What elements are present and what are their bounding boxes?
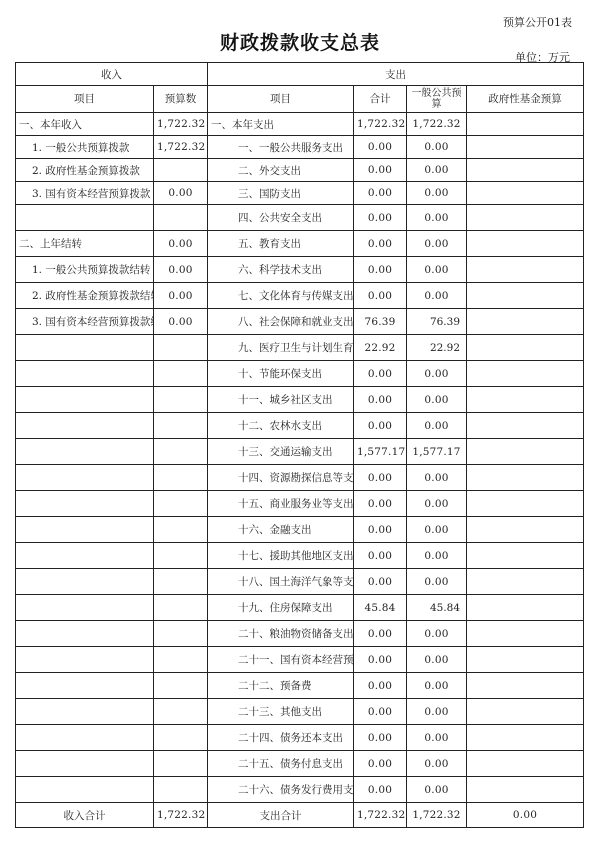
income-item-cell: 二、上年结转 <box>16 231 154 257</box>
income-total-label: 收入合计 <box>16 803 154 828</box>
expense-total-cell: 0.00 <box>354 517 407 543</box>
expense-fund-cell <box>467 725 584 751</box>
table-row: 十五、商业服务业等支出0.000.00 <box>16 491 584 517</box>
expense-fund-cell <box>467 673 584 699</box>
income-budget-cell <box>154 569 208 595</box>
income-item-cell <box>16 491 154 517</box>
col-income-item: 项目 <box>16 86 154 113</box>
expense-total-cell: 0.00 <box>354 257 407 283</box>
table-row: 二十、粮油物资储备支出0.000.00 <box>16 621 584 647</box>
income-budget-cell <box>154 777 208 803</box>
income-budget-cell: 1,722.32 <box>154 136 208 159</box>
income-item-cell: 1. 一般公共预算拨款结转 <box>16 257 154 283</box>
expense-general-cell: 0.00 <box>407 517 467 543</box>
income-item-cell <box>16 595 154 621</box>
expense-fund-cell <box>467 569 584 595</box>
expense-general-cell: 0.00 <box>407 257 467 283</box>
income-item-cell <box>16 751 154 777</box>
expense-total-cell: 0.00 <box>354 361 407 387</box>
column-header-row: 项目 预算数 项目 合计 一般公共预算 政府性基金预算 <box>16 86 584 113</box>
expense-item-cell: 三、国防支出 <box>208 182 354 205</box>
expense-item-cell: 七、文化体育与传媒支出 <box>208 283 354 309</box>
expense-fund-cell <box>467 465 584 491</box>
expense-item-cell: 十六、金融支出 <box>208 517 354 543</box>
col-income-budget: 预算数 <box>154 86 208 113</box>
expense-total-cell: 0.00 <box>354 543 407 569</box>
expense-fund-cell <box>467 113 584 136</box>
table-row: 二十三、其他支出0.000.00 <box>16 699 584 725</box>
expense-item-cell: 十八、国土海洋气象等支出 <box>208 569 354 595</box>
expense-general-cell: 0.00 <box>407 751 467 777</box>
expense-fund-cell <box>467 413 584 439</box>
income-item-cell: 一、本年收入 <box>16 113 154 136</box>
expense-item-cell: 九、医疗卫生与计划生育支出 <box>208 335 354 361</box>
income-budget-cell: 1,722.32 <box>154 113 208 136</box>
expense-fund-cell <box>467 699 584 725</box>
income-item-cell <box>16 621 154 647</box>
expense-general-cell: 45.84 <box>407 595 467 621</box>
table-row: 1. 一般公共预算拨款1,722.32一、一般公共服务支出0.000.00 <box>16 136 584 159</box>
expense-total-cell: 0.00 <box>354 699 407 725</box>
expense-fund-cell <box>467 309 584 335</box>
table-row: 十一、城乡社区支出0.000.00 <box>16 387 584 413</box>
income-item-cell <box>16 673 154 699</box>
expense-total-cell: 0.00 <box>354 647 407 673</box>
table-row: 二十一、国有资本经营预算支出0.000.00 <box>16 647 584 673</box>
table-row: 二十六、债务发行费用支出0.000.00 <box>16 777 584 803</box>
income-total-value: 1,722.32 <box>154 803 208 828</box>
table-row: 十二、农林水支出0.000.00 <box>16 413 584 439</box>
income-item-cell <box>16 777 154 803</box>
expense-fund-cell <box>467 595 584 621</box>
table-row: 二、上年结转0.00五、教育支出0.000.00 <box>16 231 584 257</box>
expense-total-cell: 0.00 <box>354 205 407 231</box>
expense-item-cell: 十三、交通运输支出 <box>208 439 354 465</box>
income-item-cell: 1. 一般公共预算拨款 <box>16 136 154 159</box>
expense-total-cell: 1,722.32 <box>354 113 407 136</box>
table-row: 2. 政府性基金预算拨款二、外交支出0.000.00 <box>16 159 584 182</box>
expense-total-cell: 0.00 <box>354 136 407 159</box>
expense-general-cell: 0.00 <box>407 725 467 751</box>
expense-fund-cell <box>467 159 584 182</box>
col-expense-total: 合计 <box>354 86 407 113</box>
expense-general-cell: 0.00 <box>407 777 467 803</box>
expense-general-cell: 76.39 <box>407 309 467 335</box>
income-item-cell <box>16 725 154 751</box>
expense-general-cell: 0.00 <box>407 283 467 309</box>
income-budget-cell <box>154 595 208 621</box>
expense-item-cell: 十五、商业服务业等支出 <box>208 491 354 517</box>
expense-fund-cell <box>467 621 584 647</box>
income-group-header: 收入 <box>16 63 208 86</box>
table-row: 3. 国有资本经营预算拨款结转0.00八、社会保障和就业支出76.3976.39 <box>16 309 584 335</box>
expense-fund-cell <box>467 231 584 257</box>
income-budget-cell <box>154 387 208 413</box>
expense-total-cell: 0.00 <box>354 465 407 491</box>
table-row: 3. 国有资本经营预算拨款0.00三、国防支出0.000.00 <box>16 182 584 205</box>
table-row: 十、节能环保支出0.000.00 <box>16 361 584 387</box>
expense-general-cell: 0.00 <box>407 673 467 699</box>
expense-fund-cell <box>467 439 584 465</box>
expense-general-cell: 0.00 <box>407 205 467 231</box>
expense-total-cell: 0.00 <box>354 751 407 777</box>
expense-general-cell: 0.00 <box>407 699 467 725</box>
group-header-row: 收入 支出 <box>16 63 584 86</box>
expense-fund-cell <box>467 335 584 361</box>
income-item-cell <box>16 543 154 569</box>
income-budget-cell <box>154 413 208 439</box>
income-budget-cell <box>154 361 208 387</box>
income-item-cell <box>16 465 154 491</box>
income-budget-cell <box>154 205 208 231</box>
expense-fund-cell <box>467 751 584 777</box>
income-budget-cell <box>154 621 208 647</box>
expense-fund-cell <box>467 517 584 543</box>
expense-total-cell: 0.00 <box>354 387 407 413</box>
expense-total-cell: 45.84 <box>354 595 407 621</box>
income-budget-cell <box>154 673 208 699</box>
table-row: 十六、金融支出0.000.00 <box>16 517 584 543</box>
expense-general-cell: 0.00 <box>407 182 467 205</box>
table-row: 一、本年收入1,722.32一、本年支出1,722.321,722.32 <box>16 113 584 136</box>
expense-item-cell: 六、科学技术支出 <box>208 257 354 283</box>
income-item-cell <box>16 517 154 543</box>
income-budget-cell: 0.00 <box>154 231 208 257</box>
table-row: 二十四、债务还本支出0.000.00 <box>16 725 584 751</box>
income-item-cell <box>16 647 154 673</box>
expense-total-value: 1,722.32 <box>354 803 407 828</box>
expense-item-cell: 二十二、预备费 <box>208 673 354 699</box>
expense-item-cell: 二十六、债务发行费用支出 <box>208 777 354 803</box>
table-row: 二十二、预备费0.000.00 <box>16 673 584 699</box>
expense-total-cell: 0.00 <box>354 673 407 699</box>
expense-item-cell: 五、教育支出 <box>208 231 354 257</box>
expense-general-cell: 0.00 <box>407 159 467 182</box>
expense-total-cell: 0.00 <box>354 231 407 257</box>
income-item-cell <box>16 335 154 361</box>
expense-item-cell: 一、本年支出 <box>208 113 354 136</box>
table-row: 九、医疗卫生与计划生育支出22.9222.92 <box>16 335 584 361</box>
expense-fund-cell <box>467 647 584 673</box>
expense-group-header: 支出 <box>208 63 584 86</box>
expense-general-cell: 0.00 <box>407 491 467 517</box>
expense-item-cell: 八、社会保障和就业支出 <box>208 309 354 335</box>
expense-item-cell: 十一、城乡社区支出 <box>208 387 354 413</box>
expense-item-cell: 二十、粮油物资储备支出 <box>208 621 354 647</box>
income-item-cell <box>16 569 154 595</box>
expense-fund-cell <box>467 205 584 231</box>
expense-item-cell: 二十一、国有资本经营预算支出 <box>208 647 354 673</box>
expense-fund-cell <box>467 491 584 517</box>
income-item-cell <box>16 413 154 439</box>
income-budget-cell <box>154 465 208 491</box>
budget-table: 收入 支出 项目 预算数 项目 合计 一般公共预算 政府性基金预算 一、本年收入… <box>15 62 584 828</box>
income-item-cell <box>16 699 154 725</box>
expense-total-cell: 0.00 <box>354 283 407 309</box>
expense-fund-cell <box>467 283 584 309</box>
expense-item-cell: 二十三、其他支出 <box>208 699 354 725</box>
expense-fund-cell <box>467 777 584 803</box>
table-row: 四、公共安全支出0.000.00 <box>16 205 584 231</box>
expense-fund-cell <box>467 182 584 205</box>
income-item-cell <box>16 387 154 413</box>
expense-total-cell: 76.39 <box>354 309 407 335</box>
income-budget-cell: 0.00 <box>154 309 208 335</box>
income-item-cell <box>16 361 154 387</box>
expense-total-cell: 0.00 <box>354 777 407 803</box>
income-item-cell <box>16 439 154 465</box>
income-item-cell: 2. 政府性基金预算拨款结转 <box>16 283 154 309</box>
expense-general-cell: 0.00 <box>407 361 467 387</box>
income-budget-cell <box>154 699 208 725</box>
expense-item-cell: 四、公共安全支出 <box>208 205 354 231</box>
expense-fund-cell <box>467 543 584 569</box>
income-item-cell <box>16 205 154 231</box>
col-expense-fund: 政府性基金预算 <box>467 86 584 113</box>
income-budget-cell: 0.00 <box>154 283 208 309</box>
expense-total-cell: 0.00 <box>354 725 407 751</box>
table-row: 二十五、债务付息支出0.000.00 <box>16 751 584 777</box>
expense-fund-total-value: 0.00 <box>467 803 584 828</box>
expense-total-cell: 22.92 <box>354 335 407 361</box>
expense-general-cell: 0.00 <box>407 136 467 159</box>
expense-item-cell: 十九、住房保障支出 <box>208 595 354 621</box>
expense-item-cell: 十四、资源勘探信息等支出 <box>208 465 354 491</box>
expense-total-cell: 0.00 <box>354 621 407 647</box>
table-row: 十九、住房保障支出45.8445.84 <box>16 595 584 621</box>
expense-general-cell: 0.00 <box>407 647 467 673</box>
expense-fund-cell <box>467 136 584 159</box>
income-budget-cell <box>154 517 208 543</box>
income-budget-cell: 0.00 <box>154 182 208 205</box>
expense-total-cell: 0.00 <box>354 413 407 439</box>
income-item-cell: 2. 政府性基金预算拨款 <box>16 159 154 182</box>
table-row: 十八、国土海洋气象等支出0.000.00 <box>16 569 584 595</box>
income-budget-cell <box>154 491 208 517</box>
income-budget-cell <box>154 543 208 569</box>
expense-total-cell: 0.00 <box>354 182 407 205</box>
expense-item-cell: 二十四、债务还本支出 <box>208 725 354 751</box>
expense-total-cell: 1,577.17 <box>354 439 407 465</box>
expense-fund-cell <box>467 361 584 387</box>
expense-general-cell: 0.00 <box>407 413 467 439</box>
income-budget-cell <box>154 335 208 361</box>
table-row: 十七、援助其他地区支出0.000.00 <box>16 543 584 569</box>
expense-item-cell: 一、一般公共服务支出 <box>208 136 354 159</box>
income-budget-cell: 0.00 <box>154 257 208 283</box>
expense-general-cell: 0.00 <box>407 569 467 595</box>
table-row: 1. 一般公共预算拨款结转0.00六、科学技术支出0.000.00 <box>16 257 584 283</box>
expense-fund-cell <box>467 257 584 283</box>
expense-total-cell: 0.00 <box>354 159 407 182</box>
income-budget-cell <box>154 751 208 777</box>
expense-general-cell: 0.00 <box>407 231 467 257</box>
expense-general-cell: 22.92 <box>407 335 467 361</box>
expense-general-cell: 1,577.17 <box>407 439 467 465</box>
expense-general-cell: 1,722.32 <box>407 113 467 136</box>
income-item-cell: 3. 国有资本经营预算拨款结转 <box>16 309 154 335</box>
total-row: 收入合计 1,722.32 支出合计 1,722.32 1,722.32 0.0… <box>16 803 584 828</box>
expense-item-cell: 十、节能环保支出 <box>208 361 354 387</box>
expense-item-cell: 十七、援助其他地区支出 <box>208 543 354 569</box>
col-expense-general: 一般公共预算 <box>407 86 467 113</box>
income-item-cell: 3. 国有资本经营预算拨款 <box>16 182 154 205</box>
income-budget-cell <box>154 647 208 673</box>
table-row: 十四、资源勘探信息等支出0.000.00 <box>16 465 584 491</box>
table-row: 2. 政府性基金预算拨款结转0.00七、文化体育与传媒支出0.000.00 <box>16 283 584 309</box>
table-row: 十三、交通运输支出1,577.171,577.17 <box>16 439 584 465</box>
income-budget-cell <box>154 159 208 182</box>
expense-item-cell: 十二、农林水支出 <box>208 413 354 439</box>
income-budget-cell <box>154 725 208 751</box>
expense-total-cell: 0.00 <box>354 491 407 517</box>
expense-total-label: 支出合计 <box>208 803 354 828</box>
expense-fund-cell <box>467 387 584 413</box>
expense-general-cell: 0.00 <box>407 465 467 491</box>
expense-general-cell: 0.00 <box>407 387 467 413</box>
page-title: 财政拨款收支总表 <box>0 28 600 55</box>
expense-item-cell: 二十五、债务付息支出 <box>208 751 354 777</box>
expense-general-total-value: 1,722.32 <box>407 803 467 828</box>
expense-general-cell: 0.00 <box>407 621 467 647</box>
expense-general-cell: 0.00 <box>407 543 467 569</box>
expense-total-cell: 0.00 <box>354 569 407 595</box>
col-expense-item: 项目 <box>208 86 354 113</box>
expense-item-cell: 二、外交支出 <box>208 159 354 182</box>
income-budget-cell <box>154 439 208 465</box>
